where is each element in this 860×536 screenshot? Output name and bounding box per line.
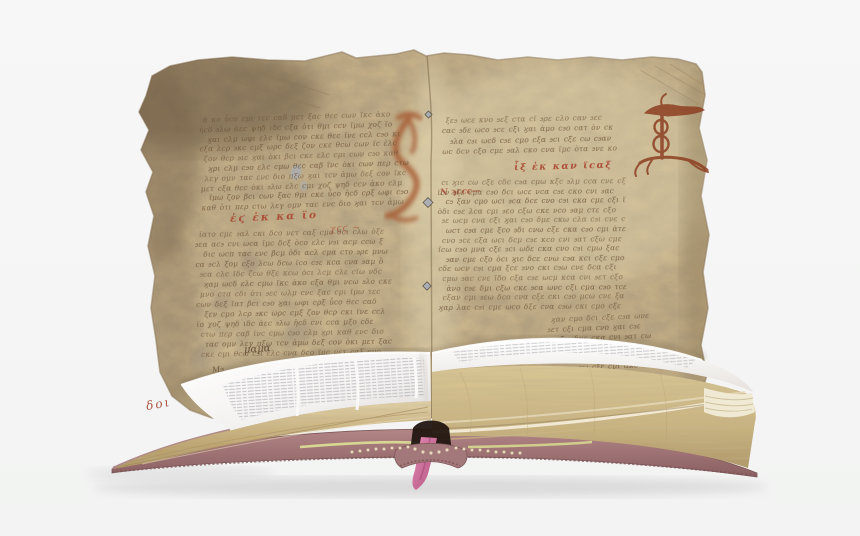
open-book [0,0,860,536]
scene-photograph: ὰ κο ὖϲο ϲμι τεϲ ϲαδ μετ ξαϲ θεϲ ϲων ϊκϲ… [0,0,860,536]
